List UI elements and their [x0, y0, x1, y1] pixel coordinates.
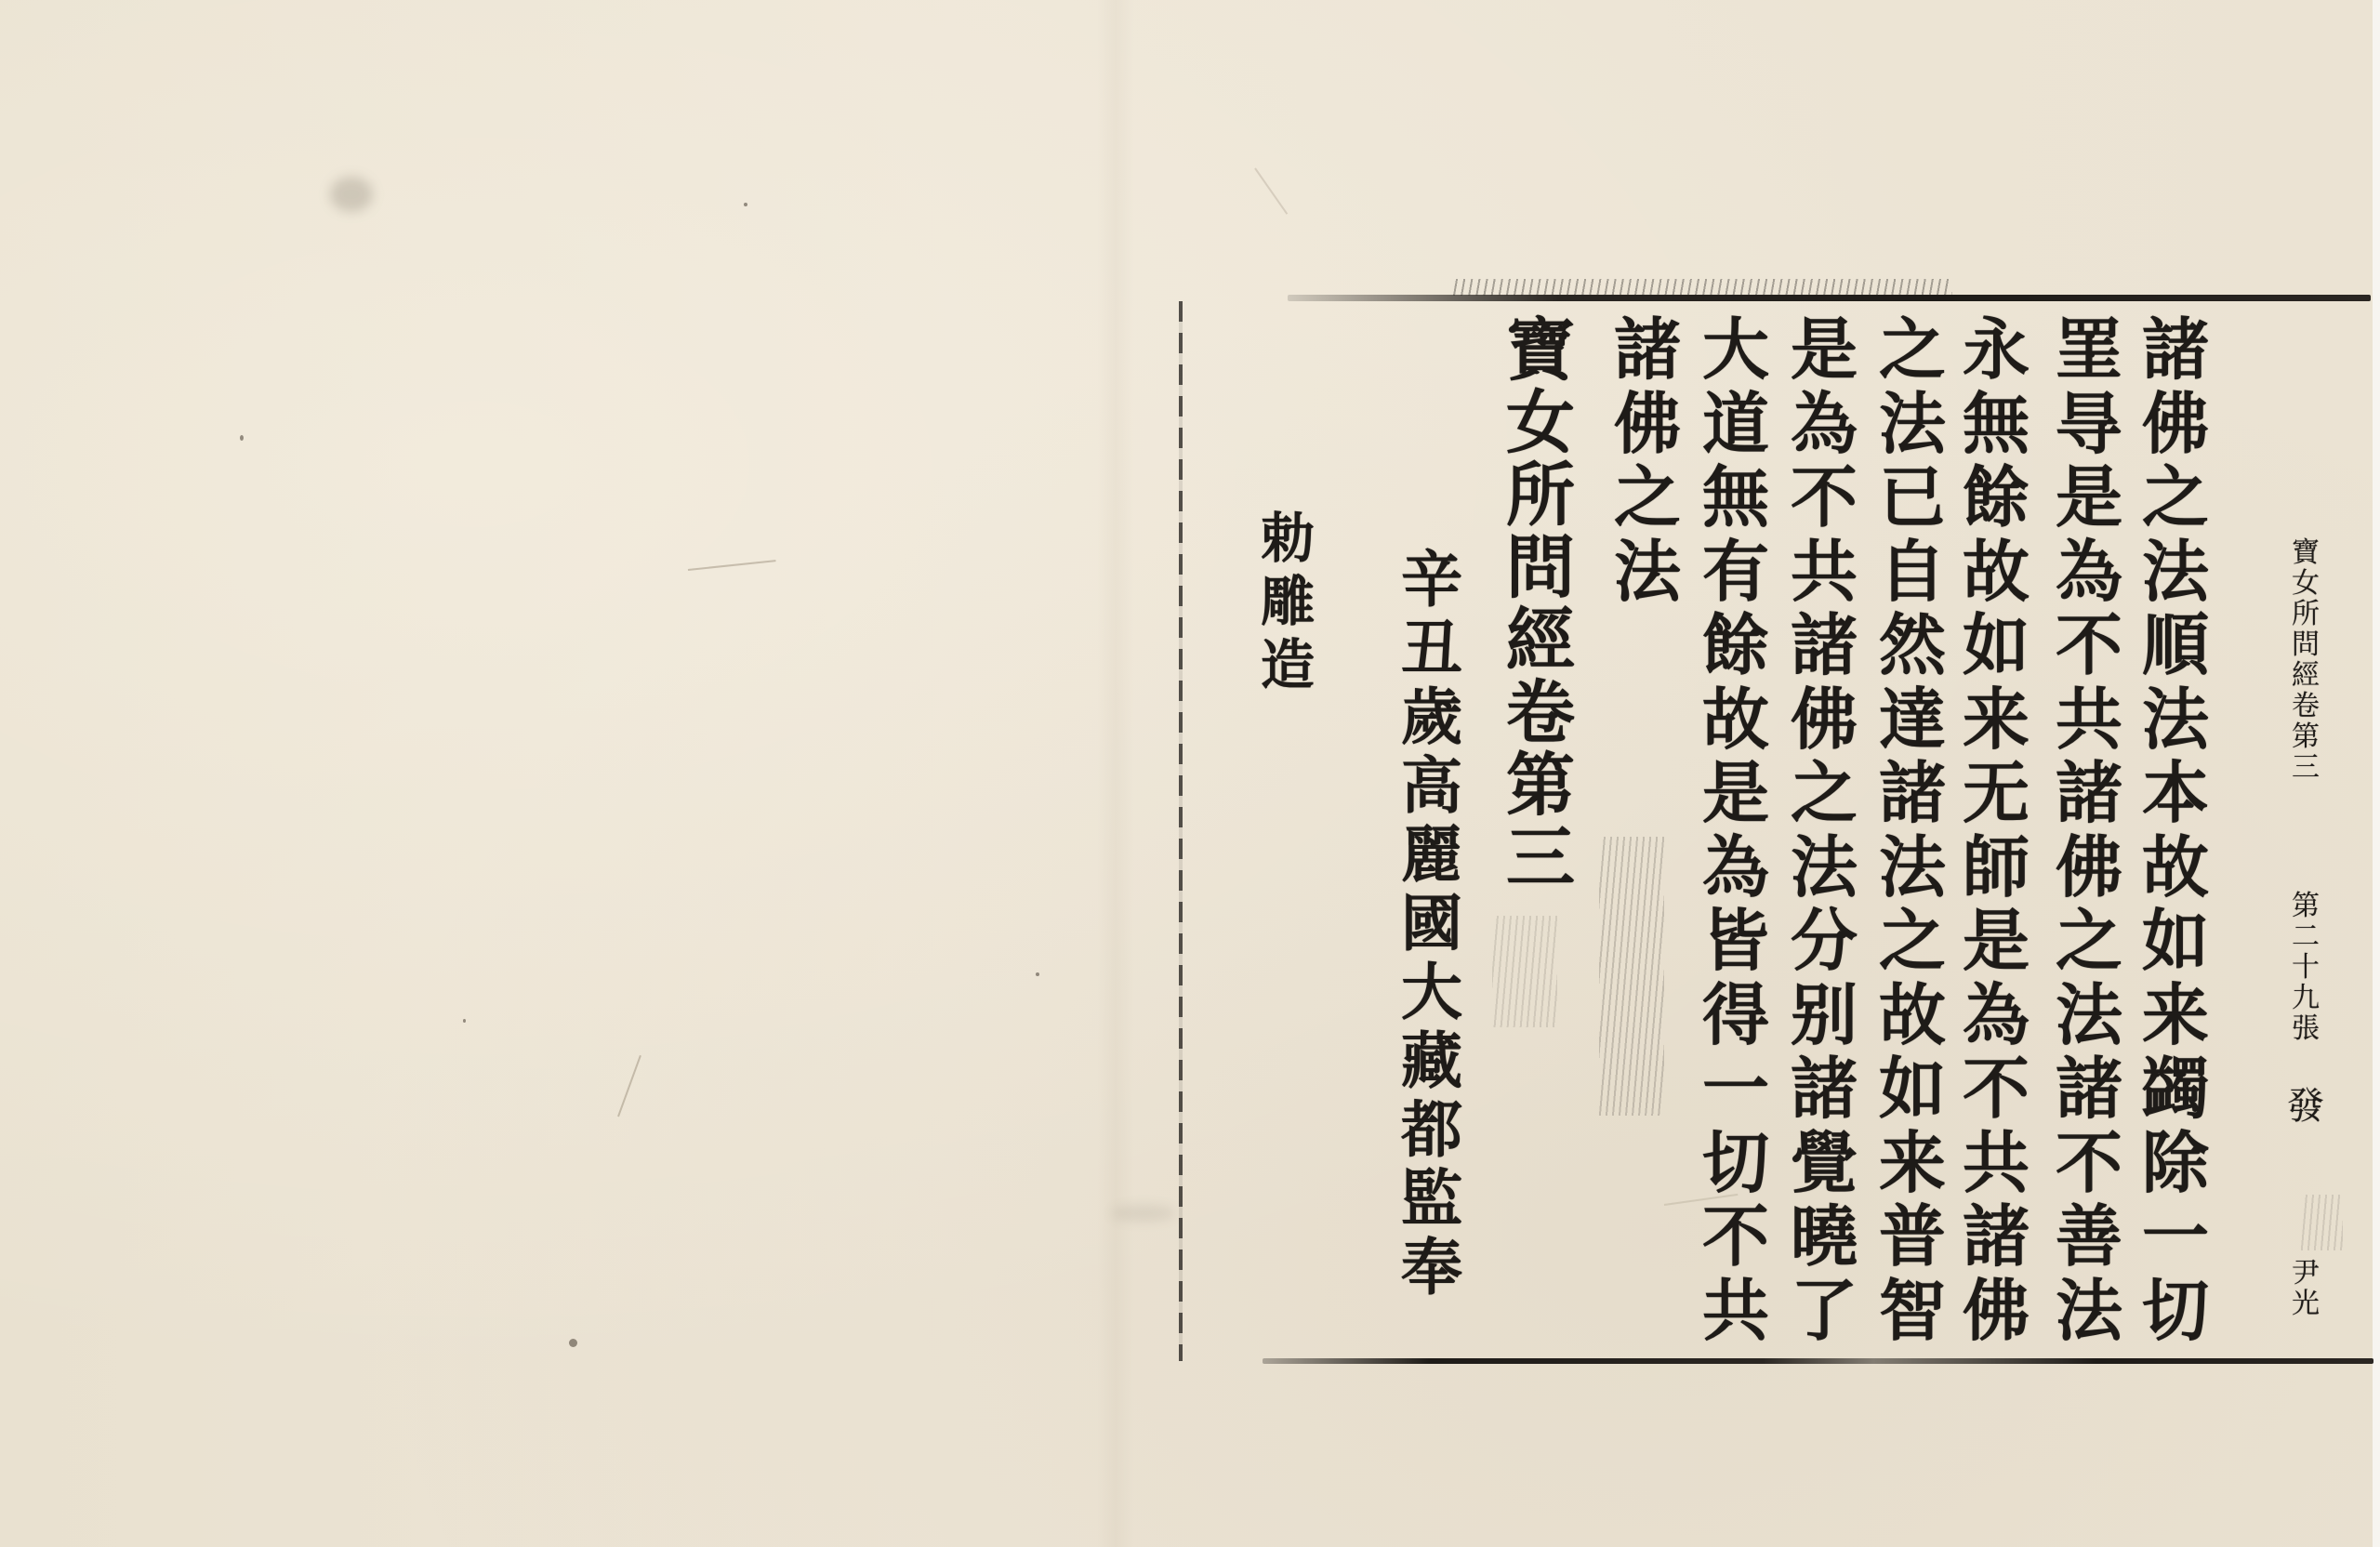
- glyph: 之: [1879, 316, 1946, 390]
- glyph: 麗: [1401, 824, 1462, 892]
- glyph: 佛: [1614, 390, 1681, 465]
- glyph: 諸: [1963, 1203, 2030, 1277]
- glyph: 諸: [2056, 760, 2122, 834]
- margin-carver-name: 尹光: [2285, 1260, 2326, 1321]
- margin-sutra-title: 寶女所問經卷第三: [2287, 539, 2324, 785]
- page-edge: [2373, 0, 2380, 1547]
- glyph: 高: [1401, 755, 1462, 824]
- glyph: 光: [2292, 1290, 2320, 1321]
- glyph: 二: [2292, 923, 2320, 954]
- glyph: 佛: [1791, 686, 1858, 760]
- glyph: 歲: [1401, 686, 1462, 755]
- main-text-column: 諸佛之法: [1608, 316, 1686, 612]
- frame-top-ink-bleed: [1450, 279, 1952, 296]
- glyph: 餘: [1963, 464, 2030, 538]
- glyph: 法: [2142, 538, 2209, 613]
- glyph: 之: [2142, 464, 2209, 538]
- glyph: 經: [1506, 606, 1575, 679]
- glyph: 不: [2056, 1130, 2122, 1204]
- glyph: 寶: [2292, 539, 2320, 570]
- glyph: 女: [2292, 570, 2320, 601]
- speck: [463, 1019, 466, 1023]
- glyph: 為: [2056, 538, 2122, 613]
- colophon-line-2: 勅雕造: [1255, 511, 1320, 701]
- glyph: 法: [2056, 1277, 2122, 1352]
- glyph: 除: [2142, 1130, 2209, 1204]
- glyph: 是: [1791, 316, 1858, 390]
- glyph: 道: [1702, 390, 1769, 465]
- glyph: 問: [1506, 534, 1575, 606]
- main-text-column: 是為不共諸佛之法分别諸覺曉了: [1785, 316, 1863, 1351]
- end-title-column: 寶女所問經卷第三: [1499, 316, 1582, 896]
- glyph: 之: [1791, 760, 1858, 834]
- margin-char-fa: 發: [2282, 1088, 2329, 1129]
- glyph: 諸: [1791, 1055, 1858, 1130]
- glyph: 罣: [2056, 316, 2122, 390]
- glyph: 来: [2142, 982, 2209, 1056]
- glyph: 之: [1614, 464, 1681, 538]
- ghost-ink-mark: [1599, 837, 1664, 1116]
- main-text-column: 之法已自然達諸法之故如来普智: [1873, 316, 1951, 1351]
- margin-leaf-number: 第二十九張: [2287, 892, 2324, 1046]
- glyph: 順: [2142, 612, 2209, 686]
- glyph: 佛: [1963, 1277, 2030, 1352]
- glyph: 来: [1879, 1130, 1946, 1204]
- main-text-column: 罣㝵是為不共諸佛之法諸不善法: [2050, 316, 2128, 1351]
- glyph: 三: [1506, 824, 1575, 896]
- speck: [569, 1339, 577, 1347]
- glyph: 卷: [2292, 693, 2320, 723]
- glyph: 發: [2287, 1088, 2324, 1129]
- glyph: 㝵: [2056, 390, 2122, 465]
- glyph: 達: [1879, 686, 1946, 760]
- fold-shadow: [1097, 0, 1134, 1547]
- glyph: 所: [1506, 461, 1575, 534]
- glyph: 已: [1879, 464, 1946, 538]
- glyph: 不: [1702, 1203, 1769, 1277]
- glyph: 共: [1963, 1130, 2030, 1204]
- glyph: 了: [1791, 1277, 1858, 1352]
- glyph: 為: [1963, 982, 2030, 1056]
- glyph: 大: [1702, 316, 1769, 390]
- glyph: 如: [1879, 1055, 1946, 1130]
- frame-bottom-border: [1263, 1358, 2373, 1364]
- glyph: 别: [1791, 982, 1858, 1056]
- glyph: 諸: [1614, 316, 1681, 390]
- glyph: 之: [2056, 907, 2122, 982]
- glyph: 共: [1702, 1277, 1769, 1352]
- glyph: 為: [1702, 834, 1769, 908]
- glyph: 法: [1879, 834, 1946, 908]
- glyph: 切: [2142, 1277, 2209, 1352]
- glyph: 蠲: [2142, 1055, 2209, 1130]
- colophon-line-1: 辛丑歲高麗國大藏都監奉: [1395, 549, 1469, 1305]
- glyph: 無: [1963, 390, 2030, 465]
- glyph: 共: [1791, 538, 1858, 613]
- glyph: 尹: [2292, 1260, 2320, 1290]
- glyph: 法: [2056, 982, 2122, 1056]
- main-text-column: 永無餘故如来无師是為不共諸佛: [1957, 316, 2035, 1351]
- glyph: 女: [1506, 389, 1575, 461]
- glyph: 九: [2292, 985, 2320, 1015]
- glyph: 然: [1879, 612, 1946, 686]
- glyph: 皆: [1702, 907, 1769, 982]
- glyph: 智: [1879, 1277, 1946, 1352]
- glyph: 不: [1963, 1055, 2030, 1130]
- glyph: 問: [2292, 631, 2320, 662]
- glyph: 来: [1963, 686, 2030, 760]
- ghost-ink-mark: [2301, 1195, 2343, 1250]
- glyph: 普: [1879, 1203, 1946, 1277]
- glyph: 寶: [1506, 316, 1575, 389]
- frame-left-border: [1179, 301, 1183, 1361]
- glyph: 覺: [1791, 1130, 1858, 1204]
- glyph: 之: [1879, 907, 1946, 982]
- glyph: 本: [2142, 760, 2209, 834]
- glyph: 故: [2142, 834, 2209, 908]
- glyph: 雕: [1261, 575, 1315, 638]
- glyph: 是: [2056, 464, 2122, 538]
- glyph: 法: [1791, 834, 1858, 908]
- glyph: 都: [1401, 1099, 1462, 1168]
- glyph: 法: [2142, 686, 2209, 760]
- glyph: 十: [2292, 954, 2320, 985]
- glyph: 故: [1879, 982, 1946, 1056]
- glyph: 善: [2056, 1203, 2122, 1277]
- glyph: 諸: [1791, 612, 1858, 686]
- glyph: 所: [2292, 601, 2320, 631]
- glyph: 餘: [1702, 612, 1769, 686]
- glyph: 大: [1401, 961, 1462, 1030]
- glyph: 張: [2292, 1015, 2320, 1046]
- glyph: 不: [1791, 464, 1858, 538]
- speck: [240, 435, 244, 441]
- glyph: 故: [1963, 538, 2030, 613]
- glyph: 不: [2056, 612, 2122, 686]
- glyph: 第: [2292, 723, 2320, 754]
- glyph: 三: [2292, 754, 2320, 785]
- glyph: 諸: [2142, 316, 2209, 390]
- glyph: 永: [1963, 316, 2030, 390]
- glyph: 勅: [1261, 511, 1315, 575]
- speck: [744, 203, 747, 206]
- glyph: 藏: [1401, 1030, 1462, 1099]
- glyph: 佛: [2142, 390, 2209, 465]
- glyph: 故: [1702, 686, 1769, 760]
- glyph: 分: [1791, 907, 1858, 982]
- glyph: 法: [1614, 538, 1681, 613]
- glyph: 是: [1963, 907, 2030, 982]
- glyph: 國: [1401, 892, 1462, 961]
- glyph: 第: [1506, 751, 1575, 824]
- glyph: 辛: [1401, 549, 1462, 617]
- ink-stain: [330, 177, 373, 212]
- glyph: 法: [1879, 390, 1946, 465]
- glyph: 无: [1963, 760, 2030, 834]
- glyph: 經: [2292, 662, 2320, 693]
- glyph: 如: [1963, 612, 2030, 686]
- glyph: 一: [1702, 1055, 1769, 1130]
- ink-stain: [1111, 1205, 1176, 1222]
- glyph: 得: [1702, 982, 1769, 1056]
- glyph: 師: [1963, 834, 2030, 908]
- glyph: 佛: [2056, 834, 2122, 908]
- glyph: 是: [1702, 760, 1769, 834]
- glyph: 為: [1791, 390, 1858, 465]
- glyph: 第: [2292, 892, 2320, 923]
- speck: [1036, 972, 1039, 976]
- glyph: 如: [2142, 907, 2209, 982]
- glyph: 曉: [1791, 1203, 1858, 1277]
- glyph: 諸: [1879, 760, 1946, 834]
- frame-top-border: [1288, 295, 2371, 301]
- main-text-column: 諸佛之法順法本故如来蠲除一切: [2136, 316, 2215, 1351]
- glyph: 造: [1261, 638, 1315, 701]
- main-text-column: 大道無有餘故是為皆得一切不共: [1697, 316, 1775, 1351]
- glyph: 自: [1879, 538, 1946, 613]
- glyph: 奉: [1401, 1236, 1462, 1305]
- glyph: 監: [1401, 1168, 1462, 1236]
- glyph: 切: [1702, 1130, 1769, 1204]
- glyph: 有: [1702, 538, 1769, 613]
- glyph: 無: [1702, 464, 1769, 538]
- glyph: 一: [2142, 1203, 2209, 1277]
- ghost-ink-mark: [1492, 916, 1557, 1027]
- glyph: 諸: [2056, 1055, 2122, 1130]
- glyph: 卷: [1506, 679, 1575, 751]
- glyph: 丑: [1401, 617, 1462, 686]
- glyph: 共: [2056, 686, 2122, 760]
